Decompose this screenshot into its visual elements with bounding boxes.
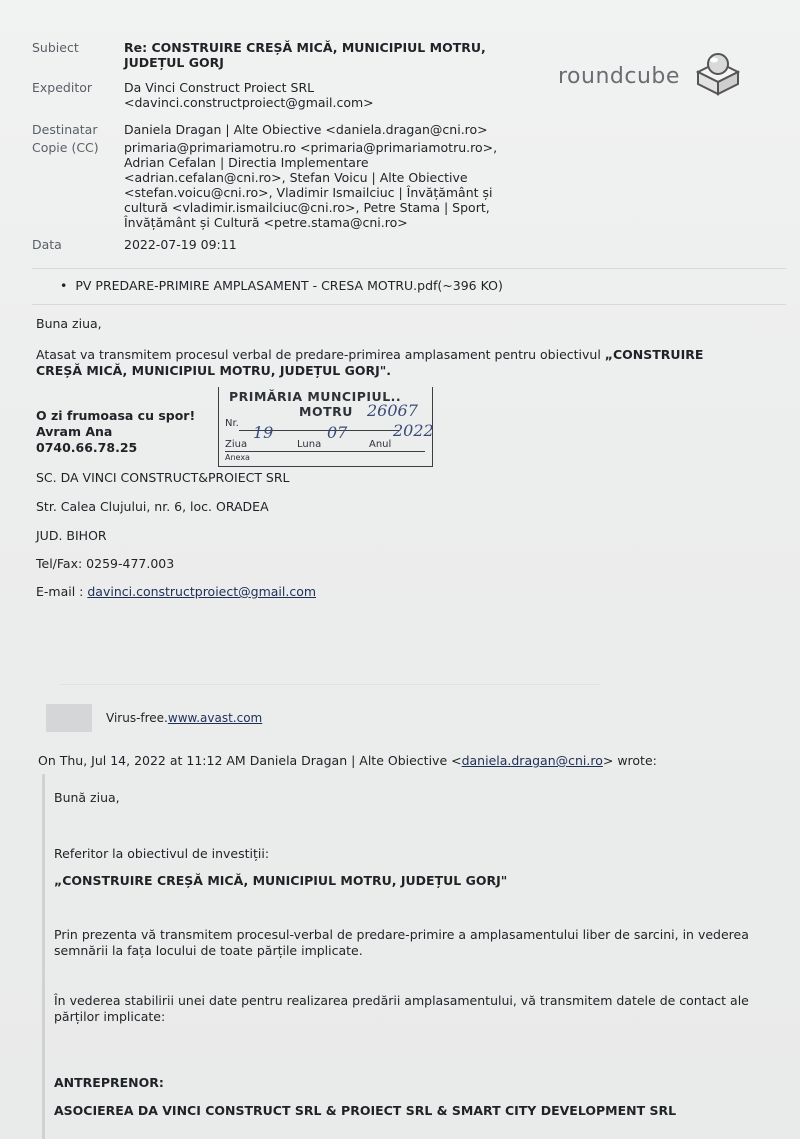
quoted-paragraph-2-line-1: În vederea stabilirii unei date pentru r… — [54, 993, 749, 1009]
stamp-ziua-label: Ziua — [225, 439, 247, 450]
email-printout: Subiect Re: CONSTRUIRE CREȘĂ MICĂ, MUNIC… — [0, 0, 800, 1139]
cc-line: Învățământ și Cultură <petre.stama@cni.r… — [124, 215, 524, 230]
cc-line: primaria@primariamotru.ro <primaria@prim… — [124, 140, 524, 155]
stamp-nr-label: Nr. — [225, 418, 239, 429]
virus-free-text: Virus-free. — [106, 711, 168, 725]
cc-line: Adrian Cefalan | Directia Implementare — [124, 155, 524, 170]
cc-line: <adrian.cefalan@cni.ro>, Stefan Voicu | … — [124, 170, 524, 185]
subject-label: Subiect — [32, 40, 124, 70]
subject-row: Subiect Re: CONSTRUIRE CREȘĂ MICĂ, MUNIC… — [32, 40, 524, 70]
bullet-icon: • — [60, 278, 67, 293]
stamp-nr-value: 26067 — [367, 401, 418, 420]
cc-row: Copie (CC) primaria@primariamotru.ro <pr… — [32, 140, 524, 230]
from-label: Expeditor — [32, 80, 124, 110]
from-email: <davinci.constructproiect@gmail.com> — [124, 95, 524, 110]
company-address: Str. Calea Clujului, nr. 6, loc. ORADEA — [36, 499, 269, 514]
message-paragraph: Atasat va transmitem procesul verbal de … — [36, 347, 703, 379]
date-label: Data — [32, 237, 124, 252]
contractor-name: ASOCIEREA DA VINCI CONSTRUCT SRL & PROIE… — [54, 1103, 676, 1119]
paragraph-line-2: CREȘĂ MICĂ, MUNICIPIUL MOTRU, JUDEȚUL GO… — [36, 363, 703, 379]
signature-name: Avram Ana — [36, 424, 195, 440]
quoted-objective: „CONSTRUIRE CREȘĂ MICĂ, MUNICIPIUL MOTRU… — [54, 873, 507, 889]
stamp-anexa-label: Anexa — [225, 453, 250, 462]
from-name: Da Vinci Construct Proiect SRL — [124, 80, 524, 95]
attachment-name: PV PREDARE-PRIMIRE AMPLASAMENT - CRESA M… — [75, 278, 437, 293]
from-row: Expeditor Da Vinci Construct Proiect SRL… — [32, 80, 524, 110]
date-value: 2022-07-19 09:11 — [124, 237, 524, 252]
quoted-greeting: Bună ziua, — [54, 790, 120, 806]
company-email: E-mail : davinci.constructproiect@gmail.… — [36, 584, 316, 599]
to-label: Destinatar — [32, 122, 124, 137]
greeting: Buna ziua, — [36, 316, 102, 332]
quoted-paragraph-2: În vederea stabilirii unei date pentru r… — [54, 993, 749, 1025]
stamp-date-line — [225, 451, 425, 452]
avast-link[interactable]: www.avast.com — [168, 711, 262, 725]
company-county: JUD. BIHOR — [36, 528, 107, 543]
stamp-luna-value: 07 — [327, 423, 347, 442]
from-value[interactable]: Da Vinci Construct Proiect SRL <davinci.… — [124, 80, 524, 110]
avast-logo-icon — [46, 704, 92, 732]
attachment-link[interactable]: •PV PREDARE-PRIMIRE AMPLASAMENT - CRESA … — [60, 278, 503, 293]
subject-line-1: Re: CONSTRUIRE CREȘĂ MICĂ, MUNICIPIUL MO… — [124, 40, 524, 55]
paragraph-line-1: Atasat va transmitem procesul verbal de … — [36, 347, 703, 363]
stamp-anul-label: Anul — [369, 439, 391, 450]
quoted-paragraph-1: Prin prezenta vă transmitem procesul-ver… — [54, 927, 749, 959]
stamp-luna-label: Luna — [297, 439, 321, 450]
logo-text: roundcube — [558, 64, 680, 89]
to-value[interactable]: Daniela Dragan | Alte Obiective <daniela… — [124, 122, 524, 137]
quoted-paragraph-1-line-2: semnării la fața locului de toate părțil… — [54, 943, 749, 959]
subject-value: Re: CONSTRUIRE CREȘĂ MICĂ, MUNICIPIUL MO… — [124, 40, 524, 70]
quote-intro-prefix: On Thu, Jul 14, 2022 at 11:12 AM Daniela… — [38, 753, 462, 768]
company-telfax: Tel/Fax: 0259-477.003 — [36, 556, 174, 571]
email-label: E-mail : — [36, 584, 87, 599]
cc-line: cultură <vladimir.ismailciuc@cni.ro>, Pe… — [124, 200, 524, 215]
quote-intro: On Thu, Jul 14, 2022 at 11:12 AM Daniela… — [38, 753, 657, 768]
to-row: Destinatar Daniela Dragan | Alte Obiecti… — [32, 122, 524, 137]
quote-bar — [42, 774, 45, 1139]
quote-intro-suffix: > wrote: — [603, 753, 657, 768]
paragraph-bold: „CONSTRUIRE — [605, 347, 704, 362]
cc-label: Copie (CC) — [32, 140, 124, 230]
registry-stamp: PRIMĂRIA MUNCIPIUL.. MOTRU Nr. 26067 Ziu… — [218, 387, 433, 467]
signature-phone: 0740.66.78.25 — [36, 440, 195, 456]
cc-value[interactable]: primaria@primariamotru.ro <primaria@prim… — [124, 140, 524, 230]
attachment-separator — [32, 304, 786, 305]
company-name: SC. DA VINCI CONSTRUCT&PROIECT SRL — [36, 470, 290, 485]
attachment-size: (~396 KO) — [437, 278, 502, 293]
signature-line: O zi frumoasa cu spor! — [36, 408, 195, 424]
signature-separator — [60, 684, 600, 685]
paragraph-text: Atasat va transmitem procesul verbal de … — [36, 347, 605, 362]
stamp-anul-value: 2022 — [393, 421, 434, 440]
stamp-subtitle: MOTRU — [299, 404, 353, 419]
quoted-paragraph-1-line-1: Prin prezenta vă transmitem procesul-ver… — [54, 927, 749, 943]
roundcube-box-icon — [694, 50, 742, 96]
virus-free-banner: Virus-free. www.avast.com — [46, 704, 262, 732]
date-row: Data 2022-07-19 09:11 — [32, 237, 524, 252]
quote-intro-email[interactable]: daniela.dragan@cni.ro — [462, 753, 603, 768]
contractor-label: ANTREPRENOR: — [54, 1075, 164, 1091]
roundcube-logo: roundcube — [556, 50, 741, 100]
quoted-paragraph-2-line-2: părților implicate: — [54, 1009, 749, 1025]
email-link[interactable]: davinci.constructproiect@gmail.com — [87, 584, 316, 599]
subject-line-2: JUDEȚUL GORJ — [124, 55, 524, 70]
cc-line: <stefan.voicu@cni.ro>, Vladimir Ismailci… — [124, 185, 524, 200]
quoted-reference-label: Referitor la obiectivul de investiții: — [54, 846, 269, 862]
stamp-ziua-value: 19 — [253, 423, 273, 442]
signature: O zi frumoasa cu spor! Avram Ana 0740.66… — [36, 408, 195, 456]
header-separator — [32, 268, 786, 269]
